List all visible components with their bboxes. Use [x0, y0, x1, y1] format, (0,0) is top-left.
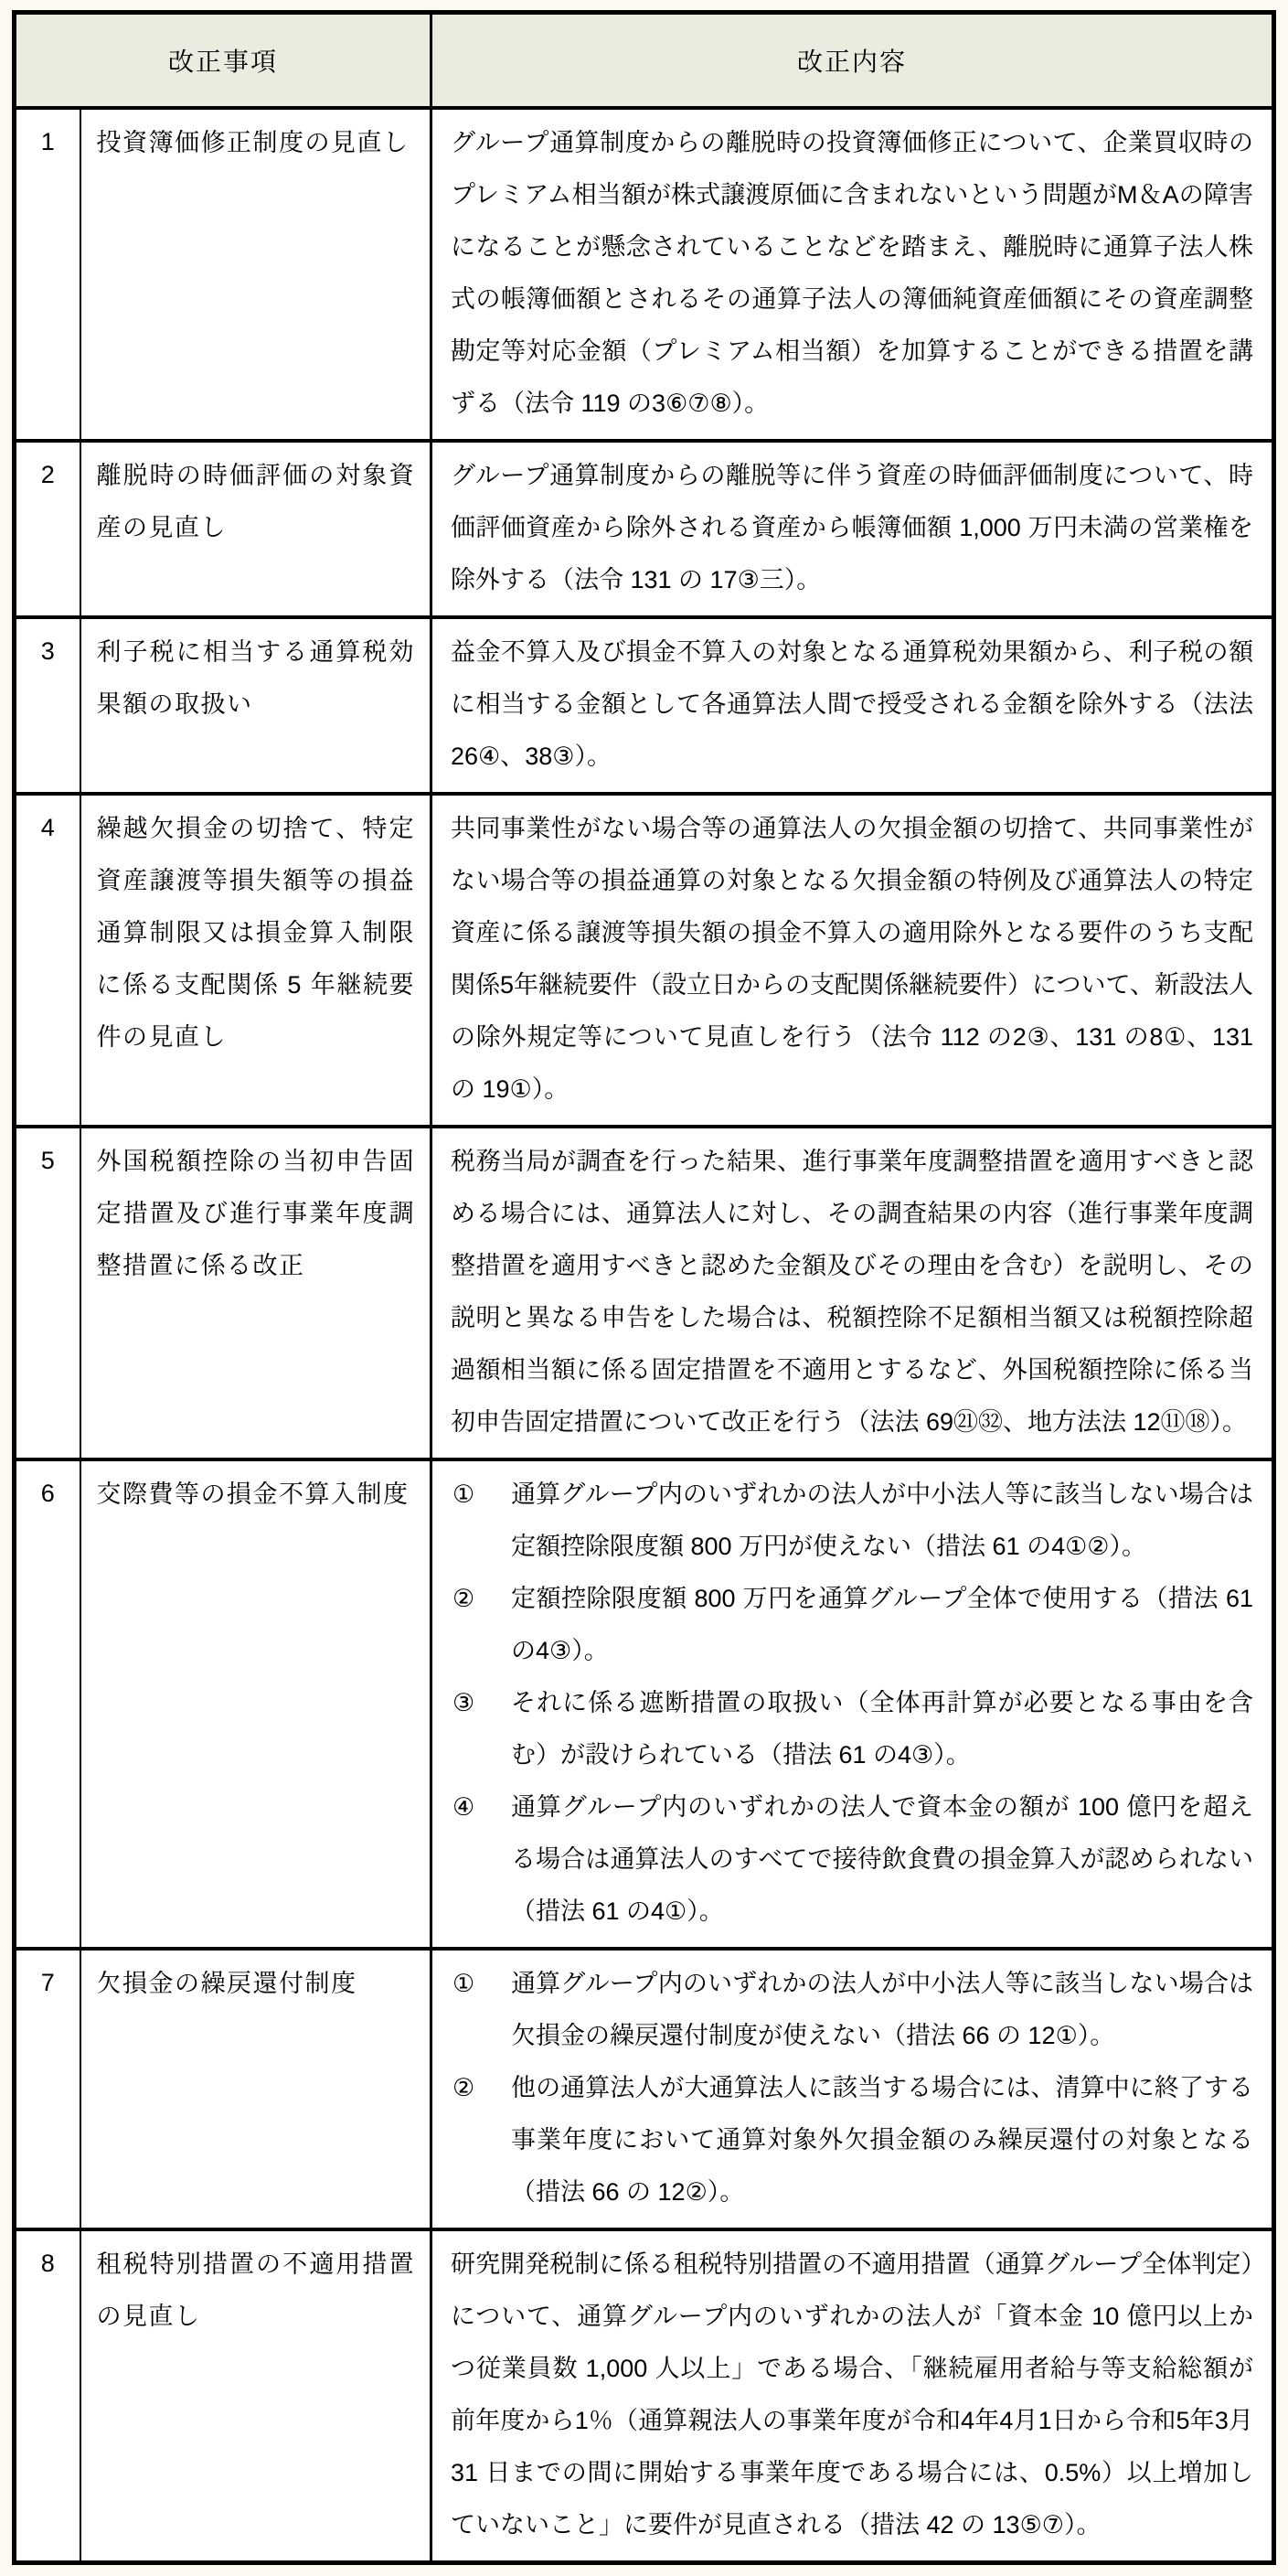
table-row: 1 投資簿価修正制度の見直し グループ通算制度からの離脱時の投資簿価修正について…: [15, 108, 1274, 441]
header-cell-amendment-content: 改正内容: [431, 13, 1274, 108]
row-item: 欠損金の繰戻還付制度: [80, 1949, 431, 2229]
table-row: 6 交際費等の損金不算入制度 ①通算グループ内のいずれかの法人が中小法人等に該当…: [15, 1459, 1274, 1949]
table-row: 7 欠損金の繰戻還付制度 ①通算グループ内のいずれかの法人が中小法人等に該当しな…: [15, 1949, 1274, 2229]
paragraph-text: 定額控除限度額 800 万円を通算グループ全体で使用する（措法 61 の4③）。: [511, 1585, 1253, 1664]
paragraph-text: それに係る遮断措置の取扱い（全体再計算が必要となる事由を含む）が設けられている（…: [511, 1689, 1253, 1769]
circled-number-marker: ①: [452, 1958, 474, 2010]
circled-number-marker: ④: [452, 1781, 474, 1833]
content-paragraph: ②他の通算法人が大通算法人に該当する場合には、清算中に終了する事業年度において通…: [451, 2062, 1253, 2218]
row-item: 外国税額控除の当初申告固定措置及び進行事業年度調整措置に係る改正: [80, 1127, 431, 1459]
row-item: 投資簿価修正制度の見直し: [80, 108, 431, 441]
row-number: 7: [15, 1949, 80, 2229]
row-number: 4: [15, 794, 80, 1127]
content-paragraph: ①通算グループ内のいずれかの法人が中小法人等に該当しない場合は定額控除限度額 8…: [451, 1469, 1253, 1573]
amendment-table: 改正事項 改正内容 1 投資簿価修正制度の見直し グループ通算制度からの離脱時の…: [12, 10, 1276, 2565]
row-number: 1: [15, 108, 80, 441]
row-number: 6: [15, 1459, 80, 1949]
header-cell-amendment-item: 改正事項: [15, 13, 431, 108]
table-row: 5 外国税額控除の当初申告固定措置及び進行事業年度調整措置に係る改正 税務当局が…: [15, 1127, 1274, 1459]
content-paragraph: 益金不算入及び損金不算入の対象となる通算税効果額から、利子税の額に相当する金額と…: [451, 626, 1253, 783]
row-number: 5: [15, 1127, 80, 1459]
circled-number-marker: ③: [452, 1677, 474, 1729]
table-body: 1 投資簿価修正制度の見直し グループ通算制度からの離脱時の投資簿価修正について…: [15, 108, 1274, 2563]
row-content: 税務当局が調査を行った結果、進行事業年度調整措置を適用すべきと認める場合には、通…: [431, 1127, 1274, 1459]
content-paragraph: 研究開発税制に係る租税特別措置の不適用措置（通算グループ全体判定）について、通算…: [451, 2239, 1253, 2551]
paragraph-text: 他の通算法人が大通算法人に該当する場合には、清算中に終了する事業年度において通算…: [511, 2074, 1253, 2206]
row-content: 共同事業性がない場合等の通算法人の欠損金額の切捨て、共同事業性がない場合等の損益…: [431, 794, 1274, 1127]
circled-number-marker: ②: [452, 2062, 474, 2114]
row-content: ①通算グループ内のいずれかの法人が中小法人等に該当しない場合は定額控除限度額 8…: [431, 1459, 1274, 1949]
circled-number-marker: ①: [452, 1469, 474, 1521]
row-content: 研究開発税制に係る租税特別措置の不適用措置（通算グループ全体判定）について、通算…: [431, 2229, 1274, 2563]
row-item: 繰越欠損金の切捨て、特定資産譲渡等損失額等の損益通算制限又は損金算入制限に係る支…: [80, 794, 431, 1127]
row-number: 2: [15, 441, 80, 617]
row-item: 租税特別措置の不適用措置の見直し: [80, 2229, 431, 2563]
row-item: 交際費等の損金不算入制度: [80, 1459, 431, 1949]
content-paragraph: グループ通算制度からの離脱時の投資簿価修正について、企業買収時のプレミアム相当額…: [451, 117, 1253, 430]
table-row: 2 離脱時の時価評価の対象資産の見直し グループ通算制度からの離脱等に伴う資産の…: [15, 441, 1274, 617]
paragraph-text: 通算グループ内のいずれかの法人が中小法人等に該当しない場合は欠損金の繰戻還付制度…: [511, 1970, 1253, 2049]
row-content: グループ通算制度からの離脱時の投資簿価修正について、企業買収時のプレミアム相当額…: [431, 108, 1274, 441]
row-number: 8: [15, 2229, 80, 2563]
circled-number-marker: ②: [452, 1573, 474, 1625]
content-paragraph: ①通算グループ内のいずれかの法人が中小法人等に該当しない場合は欠損金の繰戻還付制…: [451, 1958, 1253, 2062]
paragraph-text: 通算グループ内のいずれかの法人が中小法人等に該当しない場合は定額控除限度額 80…: [511, 1480, 1253, 1560]
row-content: グループ通算制度からの離脱等に伴う資産の時価評価制度について、時価評価資産から除…: [431, 441, 1274, 617]
row-content: ①通算グループ内のいずれかの法人が中小法人等に該当しない場合は欠損金の繰戻還付制…: [431, 1949, 1274, 2229]
header-row: 改正事項 改正内容: [15, 13, 1274, 108]
content-paragraph: ②定額控除限度額 800 万円を通算グループ全体で使用する（措法 61 の4③）…: [451, 1573, 1253, 1677]
table-row: 3 利子税に相当する通算税効果額の取扱い 益金不算入及び損金不算入の対象となる通…: [15, 617, 1274, 794]
page: 改正事項 改正内容 1 投資簿価修正制度の見直し グループ通算制度からの離脱時の…: [0, 0, 1288, 2576]
content-paragraph: 税務当局が調査を行った結果、進行事業年度調整措置を適用すべきと認める場合には、通…: [451, 1136, 1253, 1448]
table-row: 8 租税特別措置の不適用措置の見直し 研究開発税制に係る租税特別措置の不適用措置…: [15, 2229, 1274, 2563]
content-paragraph: ③それに係る遮断措置の取扱い（全体再計算が必要となる事由を含む）が設けられている…: [451, 1677, 1253, 1781]
table-row: 4 繰越欠損金の切捨て、特定資産譲渡等損失額等の損益通算制限又は損金算入制限に係…: [15, 794, 1274, 1127]
content-paragraph: ④通算グループ内のいずれかの法人で資本金の額が 100 億円を超える場合は通算法…: [451, 1781, 1253, 1938]
table-header: 改正事項 改正内容: [15, 13, 1274, 108]
paragraph-text: 通算グループ内のいずれかの法人で資本金の額が 100 億円を超える場合は通算法人…: [511, 1793, 1253, 1925]
row-item: 離脱時の時価評価の対象資産の見直し: [80, 441, 431, 617]
row-item: 利子税に相当する通算税効果額の取扱い: [80, 617, 431, 794]
row-content: 益金不算入及び損金不算入の対象となる通算税効果額から、利子税の額に相当する金額と…: [431, 617, 1274, 794]
content-paragraph: グループ通算制度からの離脱等に伴う資産の時価評価制度について、時価評価資産から除…: [451, 450, 1253, 606]
row-number: 3: [15, 617, 80, 794]
content-paragraph: 共同事業性がない場合等の通算法人の欠損金額の切捨て、共同事業性がない場合等の損益…: [451, 803, 1253, 1116]
